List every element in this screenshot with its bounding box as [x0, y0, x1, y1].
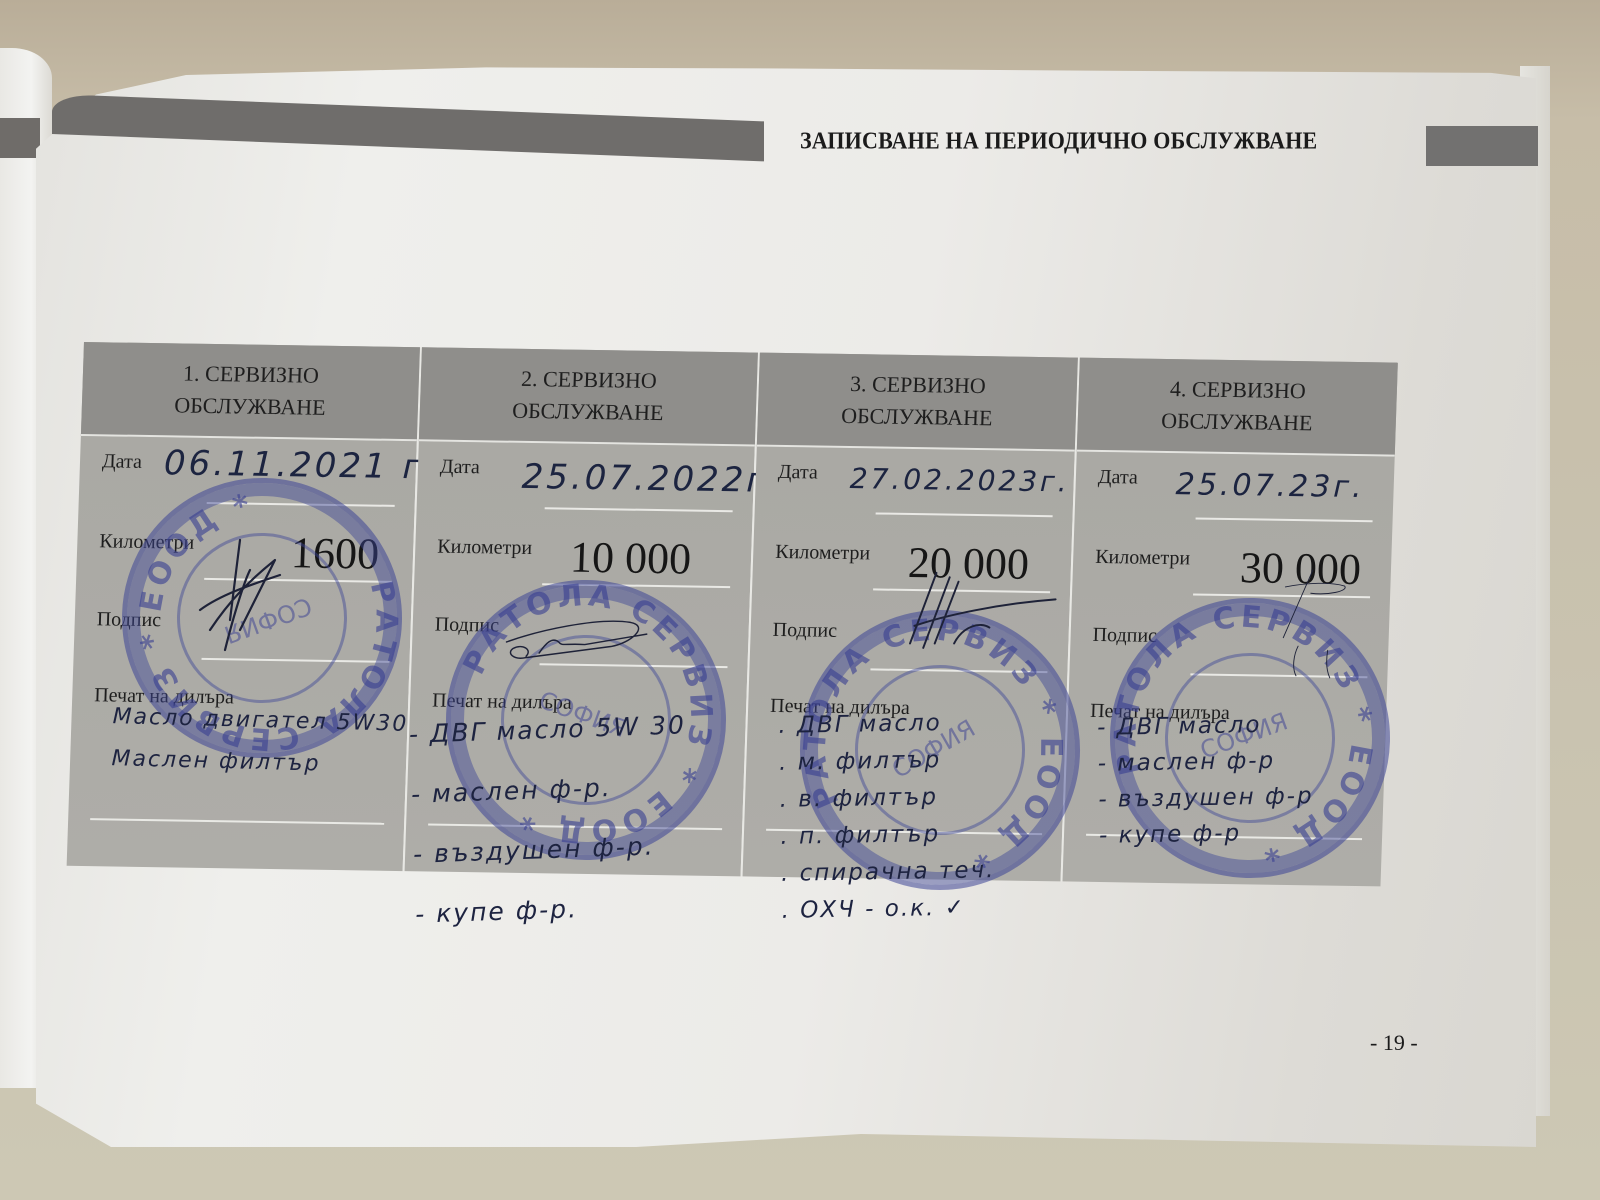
- service-4-notes: - ДВГ масло - маслен ф-р - въздушен ф-р …: [1097, 706, 1315, 854]
- service-column-header: 4. СЕРВИЗНО ОБСЛУЖВАНЕ: [1077, 358, 1398, 457]
- date-line: [1196, 517, 1373, 522]
- note-line: . п. филтър: [780, 815, 995, 856]
- header-decor-bar-right: [1426, 126, 1538, 166]
- service-2-notes: - ДВГ масло 5W 30 - маслен ф-р. - въздуш…: [408, 695, 693, 945]
- note-line: . ОХЧ - о.к. ✓: [781, 889, 996, 930]
- service-title-line2: ОБСЛУЖВАНЕ: [512, 395, 664, 429]
- service-title-line2: ОБСЛУЖВАНЕ: [1161, 405, 1313, 439]
- date-line: [544, 507, 732, 512]
- stamp-line: [90, 818, 384, 825]
- signature-3-scribble: [910, 562, 1060, 672]
- km-label: Километри: [1095, 546, 1191, 570]
- service-title-line2: ОБСЛУЖВАНЕ: [174, 389, 326, 423]
- date-value: 25.07.23г.: [1175, 467, 1365, 505]
- date-value: 27.02.2023г.: [849, 462, 1070, 498]
- signature-4-scribble: [1240, 570, 1390, 680]
- page-number: - 19 -: [1370, 1030, 1418, 1056]
- note-line: - ДВГ масло 5W 30: [408, 695, 687, 765]
- service-3-notes: . ДВГ масло . м. филтър . в. филтър . п.…: [778, 704, 996, 930]
- km-field[interactable]: Километри 30 000: [1096, 546, 1372, 550]
- km-field[interactable]: Километри 20 000: [776, 541, 1052, 545]
- date-label: Дата: [102, 450, 143, 474]
- note-line: - въздушен ф-р: [1098, 778, 1314, 818]
- date-label: Дата: [778, 461, 819, 485]
- service-column-header: 1. СЕРВИЗНО ОБСЛУЖВАНЕ: [81, 342, 420, 441]
- service-1-notes: Масло двигател 5W30 Маслен филтър: [111, 696, 409, 788]
- date-value: 25.07.2022г: [521, 457, 768, 501]
- km-label: Километри: [775, 541, 871, 565]
- date-label: Дата: [440, 456, 481, 480]
- note-line: . ДВГ масло: [778, 704, 993, 745]
- note-line: Маслен филтър: [111, 738, 408, 788]
- km-field[interactable]: Километри 10 000: [438, 536, 732, 541]
- date-field[interactable]: Дата 25.07.23г.: [1098, 466, 1374, 470]
- service-title-line1: 3. СЕРВИЗНО: [842, 368, 994, 402]
- signature-2-scribble: [500, 585, 650, 695]
- service-title-line1: 1. СЕРВИЗНО: [175, 357, 327, 391]
- date-field[interactable]: Дата 27.02.2023г.: [778, 461, 1054, 465]
- note-line: - маслен ф-р.: [410, 755, 689, 825]
- note-line: . м. филтър: [779, 741, 994, 782]
- previous-page-header-bar: [0, 118, 40, 158]
- date-field[interactable]: Дата 25.07.2022г: [440, 456, 734, 461]
- note-line: - купе ф-р.: [414, 875, 693, 945]
- note-line: - купе ф-р: [1099, 814, 1315, 854]
- service-title-line1: 4. СЕРВИЗНО: [1162, 373, 1314, 407]
- date-label: Дата: [1098, 466, 1139, 490]
- page-title: ЗАПИСВАНЕ НА ПЕРИОДИЧНО ОБСЛУЖВАНЕ: [800, 127, 1317, 155]
- service-column-header: 3. СЕРВИЗНО ОБСЛУЖВАНЕ: [757, 353, 1078, 452]
- service-column-header: 2. СЕРВИЗНО ОБСЛУЖВАНЕ: [419, 347, 758, 446]
- note-line: . в. филтър: [779, 778, 994, 819]
- service-title-line2: ОБСЛУЖВАНЕ: [841, 400, 993, 434]
- service-title-line1: 2. СЕРВИЗНО: [513, 363, 665, 397]
- note-line: . спирачна теч.: [781, 852, 996, 893]
- note-line: - въздушен ф-р.: [412, 815, 691, 885]
- note-line: - ДВГ масло: [1097, 706, 1313, 746]
- date-field[interactable]: Дата 06.11.2021 г.: [102, 450, 396, 455]
- signature-label: Подпис: [772, 619, 837, 643]
- date-line: [876, 512, 1053, 517]
- note-line: - маслен ф-р: [1097, 742, 1313, 782]
- signature-1-scribble: [180, 540, 330, 650]
